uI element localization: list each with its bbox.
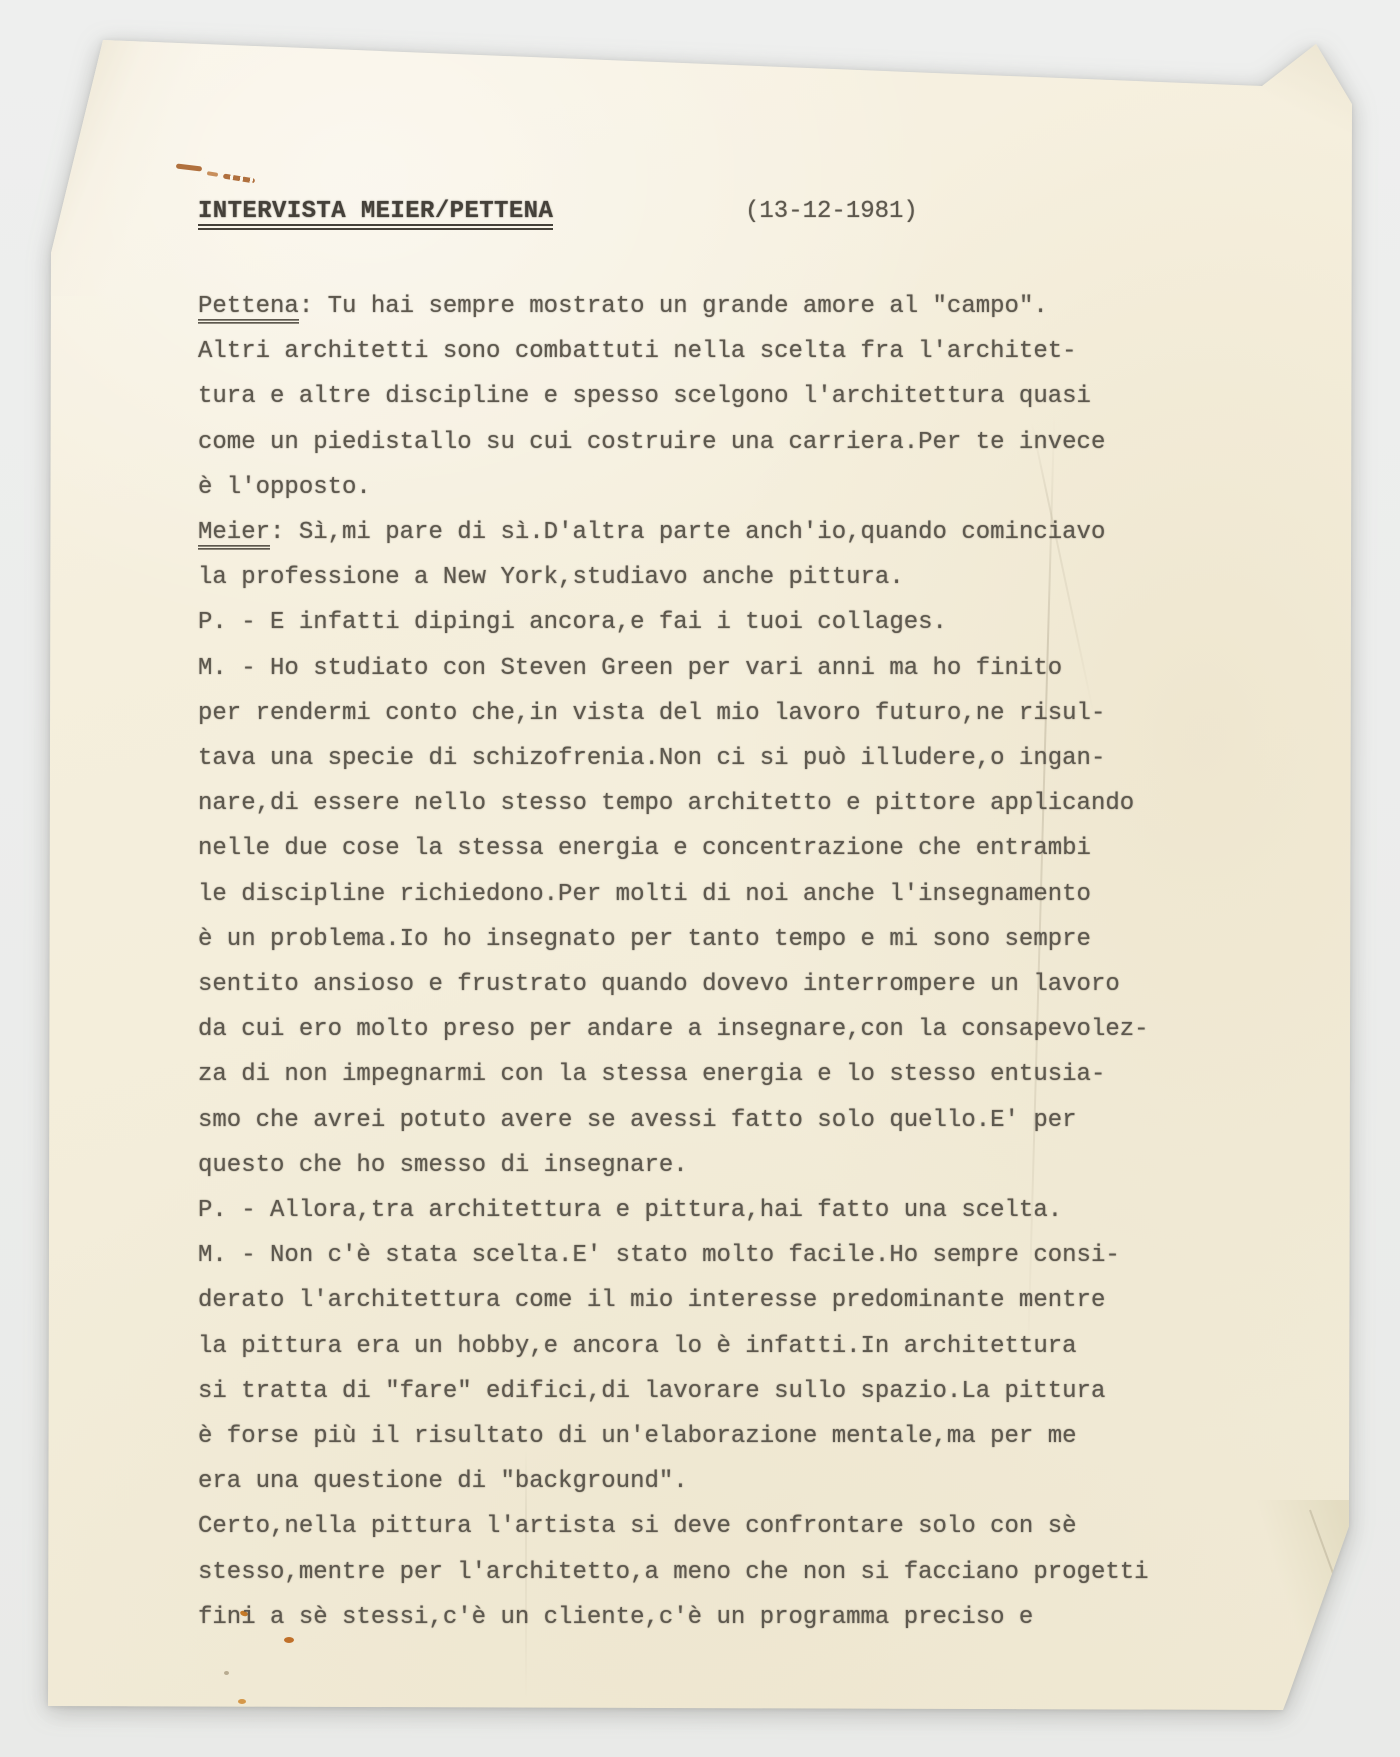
text-line: P. - E infatti dipingi ancora,e fai i tu… [198,600,1188,645]
line-text: è forse più il risultato di un'elaborazi… [198,1423,1077,1450]
text-line: sentito ansioso e frustrato quando dovev… [198,962,1188,1007]
text-line: la pittura era un hobby,e ancora lo è in… [198,1324,1188,1369]
scanned-document-page: INTERVISTA MEIER/PETTENA (13-12-1981) Pe… [0,0,1400,1757]
paper-sheet: INTERVISTA MEIER/PETTENA (13-12-1981) Pe… [0,0,1400,1757]
text-line: fini a sè stessi,c'è un cliente,c'è un p… [198,1595,1188,1640]
line-text: M. - Non c'è stata scelta.E' stato molto… [198,1242,1120,1269]
text-line: è un problema.Io ho insegnato per tanto … [198,917,1188,962]
line-text: questo che ho smesso di insegnare. [198,1152,688,1179]
text-line: Pettena: Tu hai sempre mostrato un grand… [198,284,1188,329]
rust-stain [223,174,255,184]
folded-corner-top-right [1240,30,1370,160]
text-line: si tratta di "fare" edifici,di lavorare … [198,1369,1188,1414]
text-line: da cui ero molto preso per andare a inse… [198,1007,1188,1052]
line-text: come un piedistallo su cui costruire una… [198,429,1105,456]
document-date: (13-12-1981) [745,200,918,224]
text-line: za di non impegnarmi con la stessa energ… [198,1052,1188,1097]
text-line: le discipline richiedono.Per molti di no… [198,872,1188,917]
line-text: smo che avrei potuto avere se avessi fat… [198,1107,1077,1134]
text-line: è forse più il risultato di un'elaborazi… [198,1414,1188,1459]
folded-corner-bottom-right [1255,1500,1375,1730]
text-line: per rendermi conto che,in vista del mio … [198,691,1188,736]
line-text: le discipline richiedono.Per molti di no… [198,881,1091,908]
line-text: tava una specie di schizofrenia.Non ci s… [198,745,1105,772]
line-text: è l'opposto. [198,474,371,501]
line-text: la pittura era un hobby,e ancora lo è in… [198,1333,1077,1360]
speaker-name: Pettena [198,295,299,324]
line-text: nare,di essere nello stesso tempo archit… [198,790,1134,817]
document-title: INTERVISTA MEIER/PETTENA [198,200,553,230]
text-line: la professione a New York,studiavo anche… [198,555,1188,600]
line-text: si tratta di "fare" edifici,di lavorare … [198,1378,1105,1405]
text-line: tava una specie di schizofrenia.Non ci s… [198,736,1188,781]
text-line: nelle due cose la stessa energia e conce… [198,826,1188,871]
line-text: : Sì,mi pare di sì.D'altra parte anch'io… [270,519,1105,546]
line-text: era una questione di "background". [198,1468,688,1495]
line-text: : Tu hai sempre mostrato un grande amore… [299,293,1048,320]
text-line: M. - Non c'è stata scelta.E' stato molto… [198,1233,1188,1278]
text-line: nare,di essere nello stesso tempo archit… [198,781,1188,826]
text-line: è l'opposto. [198,465,1188,510]
paper-surface: INTERVISTA MEIER/PETTENA (13-12-1981) Pe… [0,0,1400,1757]
line-text: derato l'architettura come il mio intere… [198,1287,1105,1314]
line-text: P. - Allora,tra architettura e pittura,h… [198,1197,1062,1224]
text-line: smo che avrei potuto avere se avessi fat… [198,1098,1188,1143]
line-text: Certo,nella pittura l'artista si deve co… [198,1513,1077,1540]
text-line: derato l'architettura come il mio intere… [198,1278,1188,1323]
line-text: za di non impegnarmi con la stessa energ… [198,1061,1105,1088]
text-line: P. - Allora,tra architettura e pittura,h… [198,1188,1188,1233]
line-text: fini a sè stessi,c'è un cliente,c'è un p… [198,1604,1033,1631]
line-text: è un problema.Io ho insegnato per tanto … [198,926,1091,953]
text-line: stesso,mentre per l'architetto,a meno ch… [198,1550,1188,1595]
paper-speck [238,1699,246,1704]
line-text: la professione a New York,studiavo anche… [198,564,904,591]
line-text: stesso,mentre per l'architetto,a meno ch… [198,1559,1149,1586]
line-text: Altri architetti sono combattuti nella s… [198,338,1077,365]
line-text: tura e altre discipline e spesso scelgon… [198,383,1091,410]
document-body: Pettena: Tu hai sempre mostrato un grand… [198,284,1188,1640]
line-text: da cui ero molto preso per andare a inse… [198,1016,1149,1043]
paper-speck [224,1671,229,1675]
text-line: M. - Ho studiato con Steven Green per va… [198,646,1188,691]
speaker-name: Meier [198,521,270,550]
text-line: Certo,nella pittura l'artista si deve co… [198,1504,1188,1549]
text-line: come un piedistallo su cui costruire una… [198,420,1188,465]
line-text: M. - Ho studiato con Steven Green per va… [198,655,1062,682]
folded-corner-top-left [28,26,218,296]
text-line: tura e altre discipline e spesso scelgon… [198,374,1188,419]
line-text: per rendermi conto che,in vista del mio … [198,700,1105,727]
line-text: nelle due cose la stessa energia e conce… [198,835,1091,862]
text-line: questo che ho smesso di insegnare. [198,1143,1188,1188]
text-line: era una questione di "background". [198,1459,1188,1504]
line-text: sentito ansioso e frustrato quando dovev… [198,971,1120,998]
text-line: Altri architetti sono combattuti nella s… [198,329,1188,374]
text-line: Meier: Sì,mi pare di sì.D'altra parte an… [198,510,1188,555]
line-text: P. - E infatti dipingi ancora,e fai i tu… [198,609,947,636]
